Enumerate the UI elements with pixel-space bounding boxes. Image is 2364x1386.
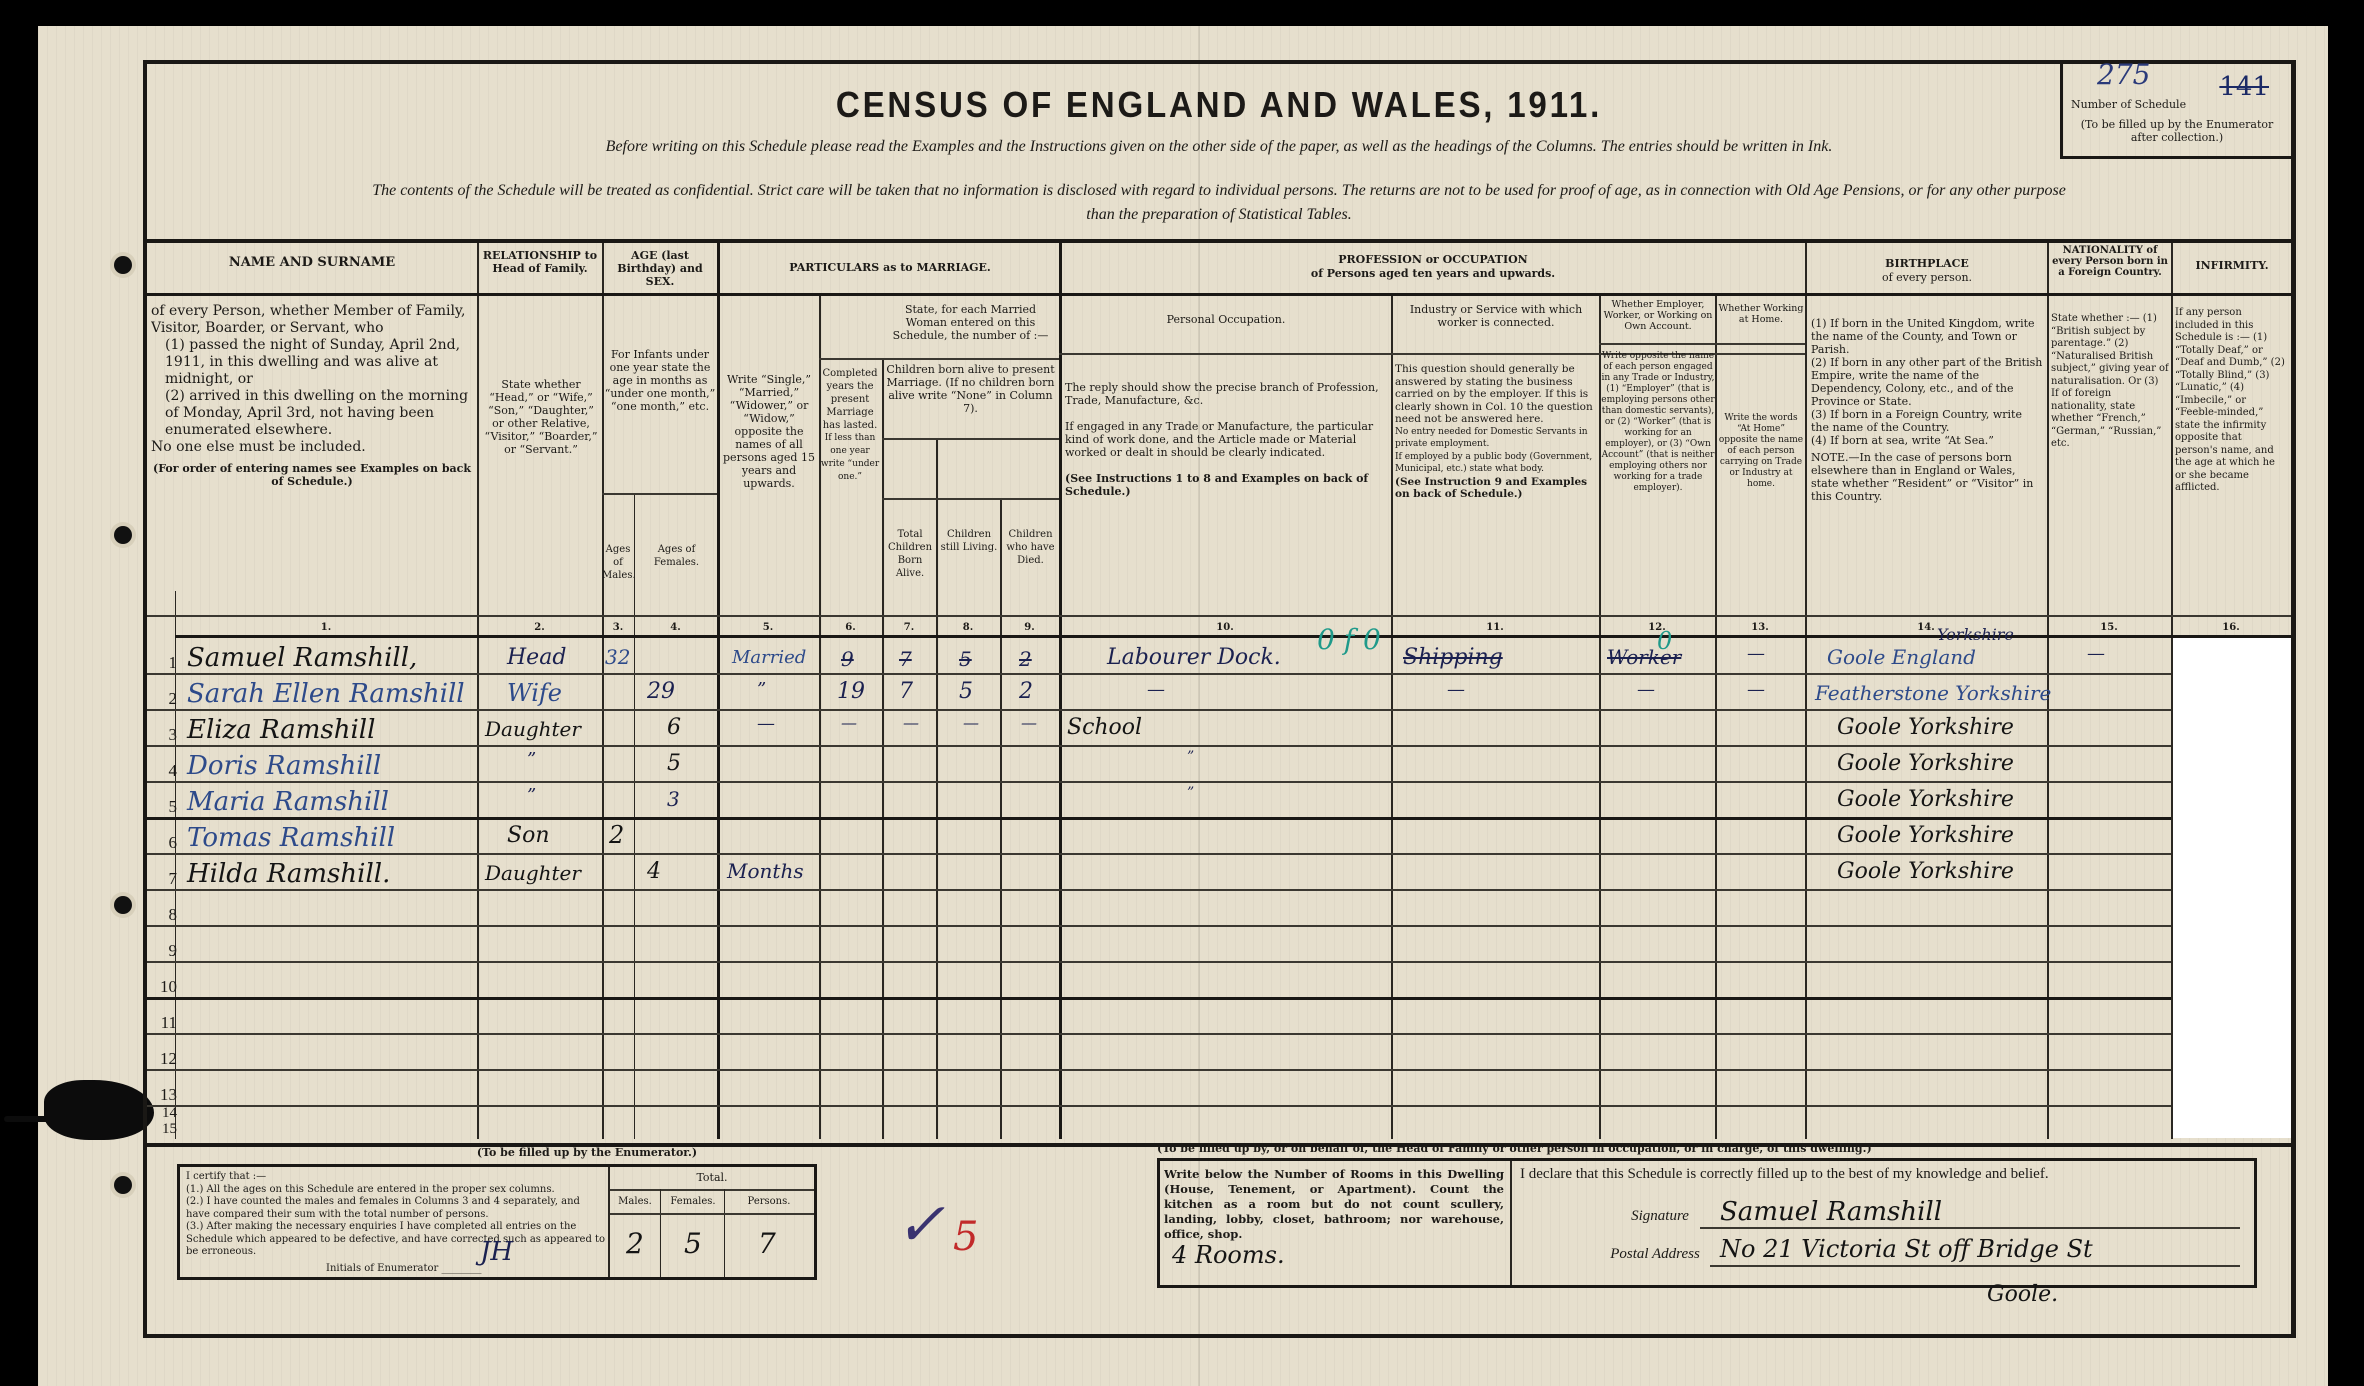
children-living: — (963, 713, 979, 732)
row-number: 13 (147, 1085, 177, 1105)
postal-address-value[interactable]: No 21 Victoria St off Bridge St (1720, 1235, 2093, 1263)
col-subheader-occupation: of Persons aged ten years and upwards. (1061, 267, 1805, 280)
col-header-children-living: Children still Living. (938, 528, 1000, 554)
col-header-name: NAME AND SURNAME (147, 255, 477, 270)
col-desc-personal-occupation: The reply should show the precise branch… (1065, 381, 1387, 498)
age-female: 29 (647, 679, 675, 704)
punch-hole (114, 1176, 132, 1194)
col-header-birthplace: BIRTHPLACE (1807, 257, 2047, 270)
check-mark-icon: ✓ (895, 1190, 945, 1260)
children-total: 7 (899, 679, 913, 704)
schedule-frame: CENSUS OF ENGLAND AND WALES, 1911. Befor… (143, 60, 2296, 1338)
col-header-females: Ages of Females. (636, 543, 717, 569)
row-number: 7 (147, 869, 177, 889)
col-desc-children: Children born alive to present Marriage.… (884, 363, 1057, 415)
row-number: 11 (147, 1013, 177, 1033)
row-number: 8 (147, 905, 177, 925)
birthplace: Goole Yorkshire (1837, 751, 2014, 776)
col-header-children-died: Children who have Died. (1002, 528, 1059, 567)
person-name: Eliza Ramshill (187, 715, 375, 745)
col-desc-industry: This question should generally be answer… (1395, 363, 1597, 501)
signature-label: Signature (1620, 1209, 1700, 1224)
page-title: CENSUS OF ENGLAND AND WALES, 1911. (233, 84, 2205, 126)
total-females: 5 (684, 1227, 702, 1260)
col-subheader-birthplace: of every person. (1807, 271, 2047, 284)
col-number: 11. (1391, 620, 1599, 635)
enumerator-box: I certify that :— (1.) All the ages on t… (177, 1164, 817, 1280)
red-annotation: 5 (953, 1214, 978, 1260)
birthplace: Goole Yorkshire (1837, 787, 2014, 812)
col-header-occupation: PROFESSION or OCCUPATION (1061, 253, 1805, 266)
col-number: 3. (602, 620, 634, 635)
col-header-total-children: Total Children Born Alive. (884, 528, 936, 580)
schedule-number-struck: 141 (2219, 72, 2269, 102)
person-name: Samuel Ramshill, (187, 643, 417, 673)
confidential-line: The contents of the Schedule will be tre… (147, 182, 2291, 200)
industry: — (1447, 679, 1465, 700)
col-desc-years-married: Completed years the present Marriage has… (819, 367, 881, 484)
occupation-code: 0 f 0 (1317, 623, 1381, 656)
col-number: 8. (936, 620, 1000, 635)
col-number: 5. (717, 620, 819, 635)
col-desc-relationship: State whether “Head,” or “Wife,” “Son,” … (481, 378, 601, 456)
row-number: 14 (147, 1105, 177, 1122)
total-label: Total. (610, 1171, 814, 1184)
birthplace-correction: Yorkshire (1937, 625, 2014, 644)
total-males: 2 (626, 1227, 644, 1260)
row-number: 12 (147, 1049, 177, 1069)
at-home: — (1747, 643, 1765, 664)
relationship: Daughter (485, 717, 581, 741)
col-number: 9. (1000, 620, 1059, 635)
declaration-heading: (To be filled up by, or on behalf of, th… (1157, 1142, 2267, 1155)
confidential-line-2: than the preparation of Statistical Tabl… (147, 206, 2291, 224)
col-header-marriage: PARTICULARS as to MARRIAGE. (721, 261, 1059, 274)
col-desc-infirmity: If any person included in this Schedule … (2175, 307, 2287, 495)
col-desc-age: For Infants under one year state the age… (604, 348, 716, 413)
row-number: 10 (147, 977, 177, 997)
years-married: — (841, 713, 857, 732)
col-header-relationship: RELATIONSHIP to Head of Family. (479, 249, 601, 275)
col-header-infirmity: INFIRMITY. (2173, 259, 2291, 272)
schedule-number-note: (To be filled up by the Enumerator after… (2067, 118, 2287, 144)
col-number: 4. (634, 620, 717, 635)
postal-address-line2: Goole. (1987, 1282, 2058, 1307)
declaration-statement: I declare that this Schedule is correctl… (1520, 1167, 2220, 1182)
occupation: — (1147, 679, 1165, 700)
col-number: 15. (2047, 620, 2171, 635)
enumerator-initials: JH (480, 1237, 513, 1267)
col-number: 1. (175, 620, 477, 635)
females-label: Females. (662, 1195, 724, 1208)
census-table: NAME AND SURNAME of every Person, whethe… (147, 239, 2291, 1147)
relationship: Daughter (485, 861, 581, 885)
person-name: Sarah Ellen Ramshill (187, 679, 465, 709)
row-number: 15 (147, 1121, 177, 1138)
children-total: 7 (899, 647, 912, 671)
marital-status: ” (757, 679, 766, 700)
enumerator-certification: I certify that :— (1.) All the ages on t… (186, 1171, 606, 1275)
col-header-nationality: NATIONALITY of every Person born in a Fo… (2049, 245, 2171, 278)
birthplace: Goole England (1827, 645, 1976, 669)
declaration-box: Write below the Number of Rooms in this … (1157, 1158, 2257, 1288)
persons-label: Persons. (726, 1195, 812, 1208)
males-label: Males. (610, 1195, 660, 1208)
col-desc-marital-status: Write “Single,” “Married,” “Widower,” or… (721, 373, 817, 490)
occupation: ” (1187, 749, 1194, 765)
birthplace: Goole Yorkshire (1837, 823, 2014, 848)
occupation: School (1067, 715, 1142, 740)
age-female: 5 (667, 751, 681, 776)
employer-code: 0 (1657, 627, 1672, 655)
punch-hole (114, 256, 132, 274)
row-number: 5 (147, 797, 177, 817)
col-header-age: AGE (last Birthday) and SEX. (604, 249, 716, 288)
enumerator-heading: (To be filled up by the Enumerator.) (347, 1146, 827, 1159)
schedule-number: 275 (2097, 58, 2150, 91)
years-married: 19 (837, 679, 865, 704)
punch-hole (114, 896, 132, 914)
col-header-industry: Industry or Service with which worker is… (1393, 303, 1599, 329)
schedule-number-box: 275 141 Number of Schedule (To be filled… (2060, 64, 2291, 159)
row-number: 3 (147, 725, 177, 745)
relationship: ” (527, 749, 536, 770)
postal-address-label: Postal Address (1600, 1247, 1710, 1262)
relationship: Head (507, 645, 566, 670)
col-header-at-home: Whether Working at Home. (1717, 303, 1805, 325)
schedule-number-label: Number of Schedule (2071, 98, 2186, 111)
children-died: 2 (1019, 679, 1033, 704)
punch-hole (114, 526, 132, 544)
col-desc-nationality: State whether :— (1) “British subject by… (2051, 313, 2169, 451)
children-died: — (1021, 713, 1037, 732)
age-female: 3 (667, 787, 680, 811)
col-desc-married-woman: State, for each Married Woman entered on… (884, 303, 1057, 342)
col-desc-employer: Write opposite the name of each person e… (1601, 351, 1715, 494)
employer-status: — (1637, 679, 1655, 700)
col-number: 2. (477, 620, 602, 635)
col-header-employer: Whether Employer, Worker, or Working on … (1601, 299, 1715, 332)
children-total: — (903, 713, 919, 732)
children-died: 2 (1019, 647, 1032, 671)
col-number: 16. (2171, 620, 2291, 635)
col-desc-at-home: Write the words “At Home” opposite the n… (1717, 413, 1805, 490)
birthplace: Featherstone Yorkshire (1815, 681, 2051, 705)
col-number: 7. (882, 620, 936, 635)
signature-value[interactable]: Samuel Ramshill (1720, 1197, 1942, 1227)
industry: Shipping (1403, 645, 1503, 670)
relationship: Son (507, 823, 550, 848)
col-number: 13. (1715, 620, 1805, 635)
children-living: 5 (959, 679, 973, 704)
birthplace: Goole Yorkshire (1837, 859, 2014, 884)
marital-status: Married (732, 647, 806, 668)
at-home: — (1747, 679, 1765, 700)
col-number: 6. (819, 620, 882, 635)
occupation: Labourer Dock. (1107, 645, 1281, 670)
person-name: Tomas Ramshill (187, 823, 395, 853)
age-female: 4 (647, 859, 661, 884)
row-number: 4 (147, 761, 177, 781)
redacted-area (2173, 638, 2291, 1138)
person-name: Doris Ramshill (187, 751, 381, 781)
occupation: ” (1187, 785, 1194, 801)
row-number: 6 (147, 833, 177, 853)
rooms-value: 4 Rooms. (1172, 1241, 1285, 1269)
instruction-line: Before writing on this Schedule please r… (147, 138, 2291, 156)
children-living: 5 (959, 647, 972, 671)
nationality: — (2087, 643, 2105, 664)
row-number: 9 (147, 941, 177, 961)
col-desc-name: of every Person, whether Member of Famil… (151, 303, 473, 488)
age-male: 2 (609, 821, 624, 849)
relationship: Wife (507, 679, 562, 707)
col-header-males: Ages of Males. (602, 543, 634, 582)
rooms-instruction: Write below the Number of Rooms in this … (1164, 1167, 1504, 1242)
marital-status-months: Months (727, 859, 804, 883)
person-name: Hilda Ramshill. (187, 859, 390, 889)
age-male: 32 (605, 645, 630, 669)
age-female: 6 (667, 715, 681, 740)
total-persons: 7 (758, 1227, 776, 1260)
person-name: Maria Ramshill (187, 787, 389, 817)
years-married: 9 (841, 647, 854, 671)
col-desc-birthplace: (1) If born in the United Kingdom, write… (1811, 317, 2043, 503)
birthplace: Goole Yorkshire (1837, 715, 2014, 740)
col-header-personal-occupation: Personal Occupation. (1061, 313, 1391, 326)
marital-status: — (757, 713, 775, 734)
row-number: 2 (147, 689, 177, 709)
row-number: 1 (147, 653, 177, 673)
relationship: ” (527, 785, 536, 806)
